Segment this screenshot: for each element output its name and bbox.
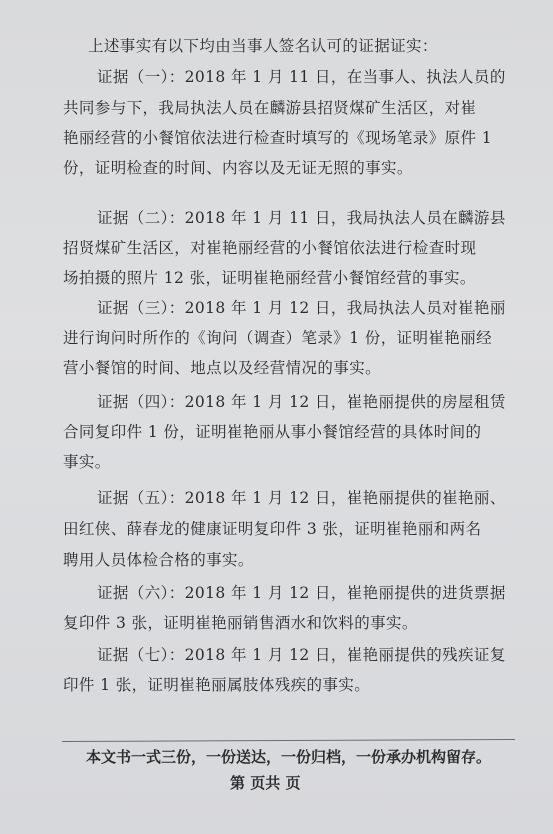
evidence-7-line-1: 证据（七）：2018 年 1 月 12 日，崔艳丽提供的残疾证复	[97, 645, 506, 665]
evidence-4-line-3: 事实。	[63, 452, 111, 472]
evidence-5-line-2: 田红侠、薛春龙的健康证明复印件 3 张，证明崔艳丽和两名	[63, 519, 481, 539]
evidence-3-line-1: 证据（三）：2018 年 1 月 12 日，我局执法人员对崔艳丽	[97, 298, 506, 318]
document-page: 上述事实有以下均由当事人签名认可的证据证实： 证据（一）：2018 年 1 月 …	[0, 0, 553, 834]
evidence-5-line-3: 聘用人员体检合格的事实。	[63, 550, 254, 570]
evidence-4-line-1: 证据（四）：2018 年 1 月 12 日，崔艳丽提供的房屋租赁	[97, 392, 506, 412]
evidence-2-line-3: 场拍摄的照片 12 张，证明崔艳丽经营小餐馆经营的事实。	[63, 268, 476, 288]
evidence-1-line-4: 份，证明检查的时间、内容以及无证无照的事实。	[63, 158, 413, 178]
copies-note: 本文书一式三份，一份送达，一份归档，一份承办机构留存。	[86, 747, 491, 767]
evidence-6-line-2: 复印件 3 张，证明崔艳丽销售酒水和饮料的事实。	[63, 613, 418, 633]
evidence-4-line-2: 合同复印件 1 份，证明崔艳丽从事小餐馆经营的具体时间的	[63, 422, 481, 442]
evidence-1-line-1: 证据（一）：2018 年 1 月 11 日，在当事人、执法人员的	[97, 67, 506, 87]
footer-divider	[62, 739, 515, 742]
evidence-7-line-2: 印件 1 张，证明崔艳丽属肢体残疾的事实。	[63, 675, 370, 695]
page-number-label: 第 页共 页	[230, 773, 300, 793]
evidence-3-line-3: 营小餐馆的时间、地点以及经营情况的事实。	[63, 358, 381, 378]
evidence-1-line-3: 艳丽经营的小餐馆依法进行检查时填写的《现场笔录》原件 1	[63, 128, 492, 148]
evidence-intro: 上述事实有以下均由当事人签名认可的证据证实：	[88, 36, 438, 56]
evidence-6-line-1: 证据（六）：2018 年 1 月 12 日，崔艳丽提供的进货票据	[97, 583, 506, 603]
evidence-3-line-2: 进行询问时所作的《询问（调查）笔录》1 份，证明崔艳丽经	[63, 328, 492, 348]
evidence-5-line-1: 证据（五）：2018 年 1 月 12 日，崔艳丽提供的崔艳丽、	[97, 488, 506, 508]
evidence-1-line-2: 共同参与下，我局执法人员在麟游县招贤煤矿生活区，对崔	[63, 98, 476, 118]
evidence-2-line-2: 招贤煤矿生活区，对崔艳丽经营的小餐馆依法进行检查时现	[63, 238, 476, 258]
evidence-2-line-1: 证据（二）：2018 年 1 月 11 日，我局执法人员在麟游县	[97, 208, 506, 228]
